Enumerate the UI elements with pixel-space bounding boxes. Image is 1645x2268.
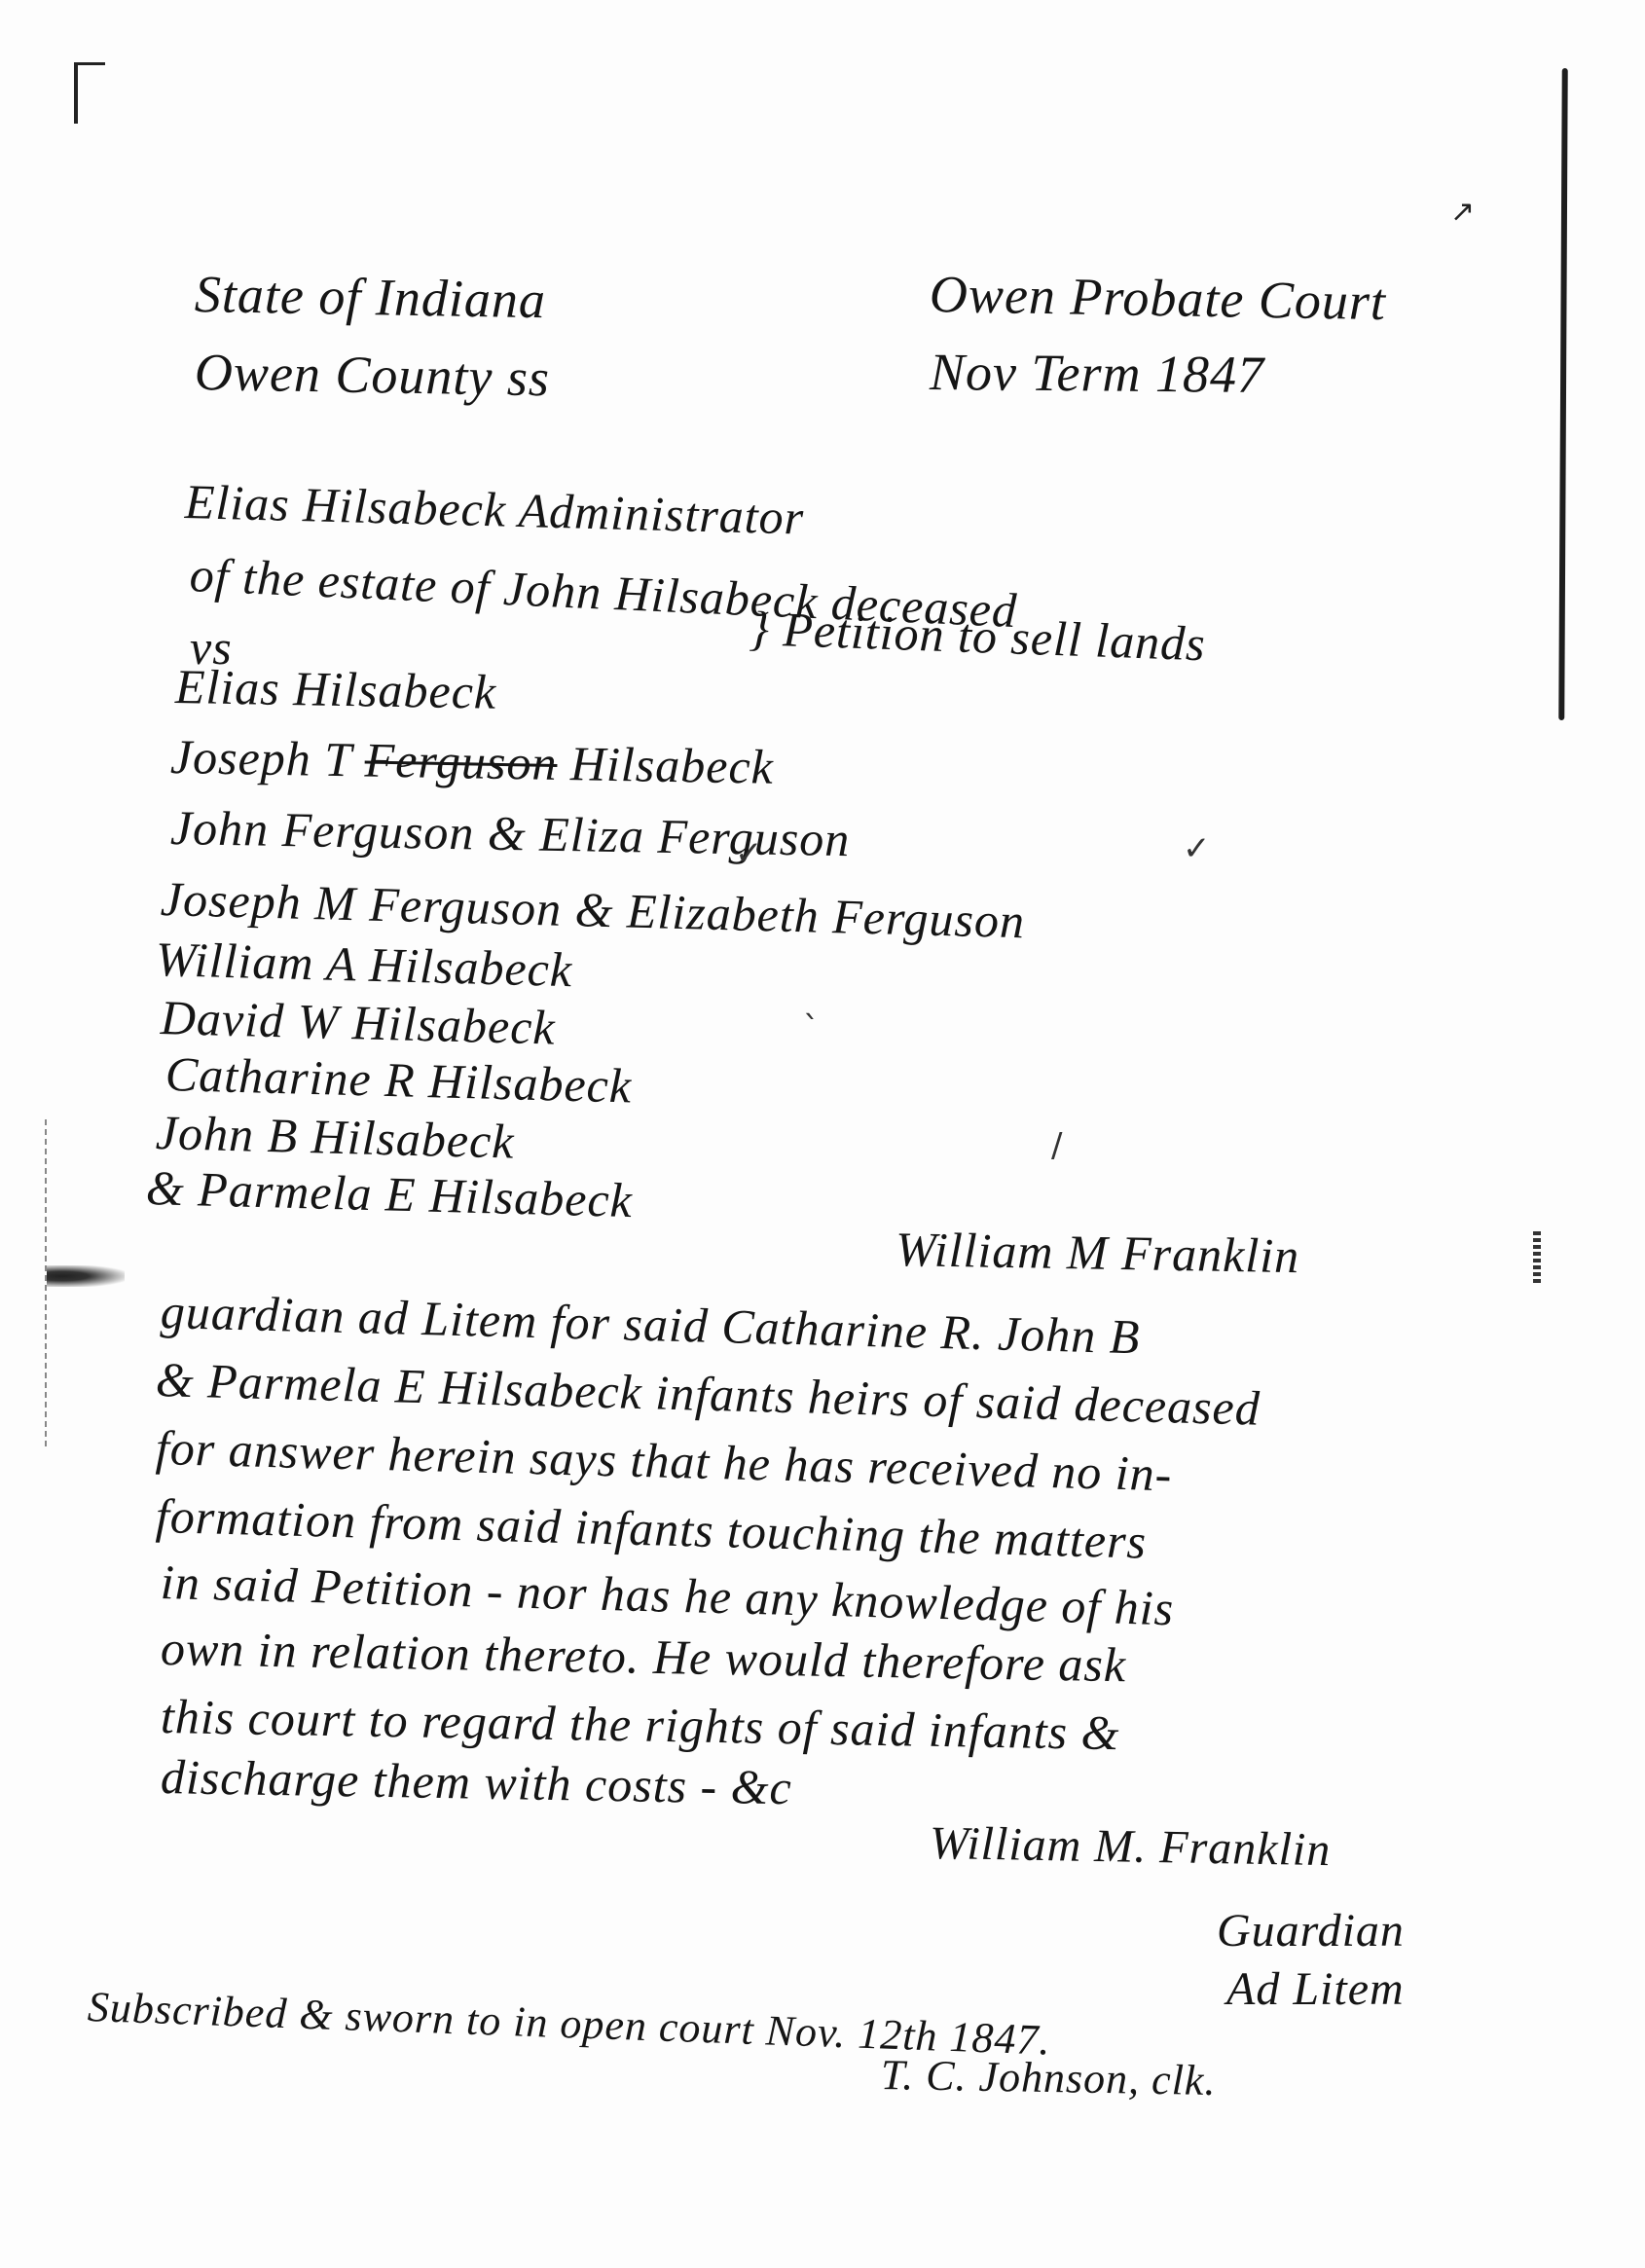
action-label: } Petition to sell lands [749,604,1206,668]
right-margin-rule [1558,68,1568,720]
pencil-arrow-mark: ↗ [1450,195,1475,229]
signature-title-ad-litem: Ad Litem [1226,1966,1405,2013]
defendant-2-suffix: Hilsabeck [569,736,774,794]
defendant-1: Elias Hilsabeck [175,662,497,716]
answer-line-6: in said Petition - nor has he any knowle… [160,1557,1175,1632]
answer-line-3: & Parmela E Hilsabeck infants heirs of s… [155,1355,1261,1433]
signature-title-guardian: Guardian [1217,1908,1405,1955]
answer-line-5: formation from said infants touching the… [155,1491,1147,1566]
answer-line-4: for answer herein says that he has recei… [155,1423,1173,1498]
defendant-5: William A Hilsabeck [155,934,572,994]
caption-state: State of Indiana [195,268,547,326]
caption-term: Nov Term 1847 [930,346,1265,401]
defendant-6: David W Hilsabeck [160,993,556,1052]
caption-court: Owen Probate Court [930,268,1387,328]
corner-bracket-mark [74,62,105,124]
answer-line-8: this court to regard the rights of said … [161,1692,1120,1757]
signature-name: William M. Franklin [930,1820,1332,1874]
defendant-2: Joseph T Ferguson Hilsabeck [170,732,775,791]
check-mark: ˋ [803,1012,820,1045]
check-mark: ✓ [735,837,763,870]
answer-line-7: own in relation thereto. He would theref… [161,1624,1127,1689]
answer-line-9: discharge them with costs - &c [161,1752,793,1811]
document-page: ↗ State of Indiana Owen County ss Owen P… [0,0,1645,2268]
ink-blot-right [1533,1231,1541,1285]
defendant-8: John B Hilsabeck [155,1108,515,1166]
defendant-2-prefix: Joseph T [170,729,352,786]
jurat-clerk: T. C. Johnson, clk. [881,2054,1217,2103]
check-mark: / [1051,1129,1062,1162]
caption-county: Owen County ss [195,346,551,404]
answer-line-2: guardian ad Litem for said Catharine R. … [160,1287,1141,1361]
plaintiff-line-1: Elias Hilsabeck Administrator [184,477,804,542]
ink-blot-left [47,1265,125,1287]
answer-line-1: William M Franklin [896,1225,1300,1280]
defendant-7: Catharine R Hilsabeck [164,1049,632,1111]
defendant-2-struck-name: Ferguson [364,732,558,789]
check-mark: ✓ [1183,832,1211,865]
defendant-9: & Parmela E Hilsabeck [145,1163,633,1225]
